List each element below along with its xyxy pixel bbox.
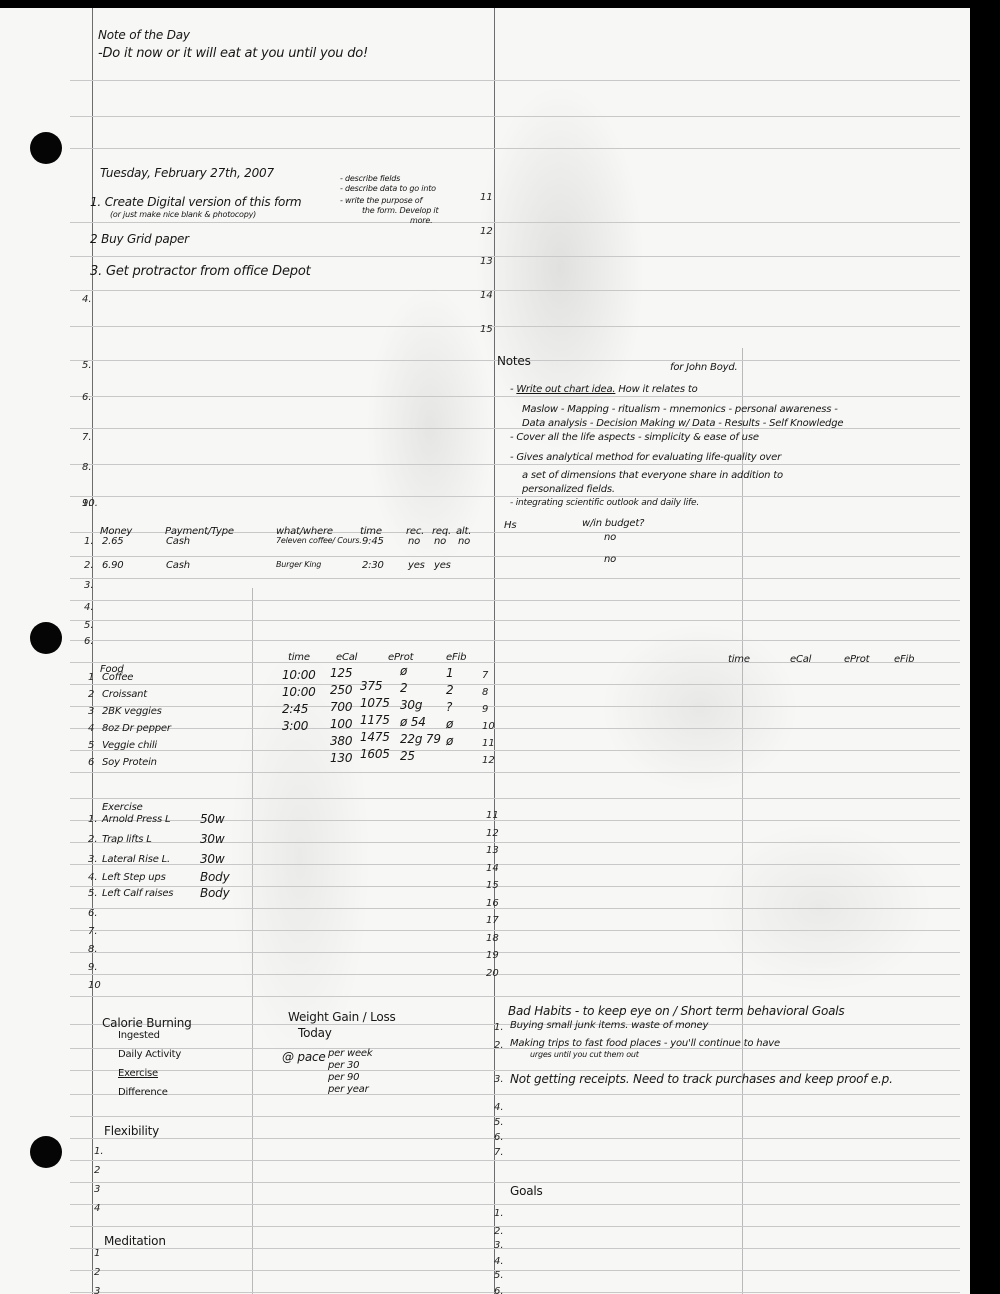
line-number: 12 [486, 828, 499, 839]
todo-item-1-sub: (or just make nice blank & photocopy) [110, 210, 256, 219]
todo-side-note: more. [410, 216, 432, 225]
goals-heading: Goals [510, 1184, 543, 1198]
ruled-line [70, 684, 960, 685]
ruled-line [70, 578, 960, 579]
ruled-line [70, 640, 960, 641]
line-number: 6. [84, 636, 94, 647]
ruled-line [70, 974, 960, 975]
line-number: 2. [88, 834, 98, 845]
budget-value: no [604, 532, 616, 543]
line-number: 6. [82, 392, 92, 403]
ruled-line [70, 798, 960, 799]
food-cal: 250 [330, 683, 352, 697]
line-number: 8. [82, 462, 92, 473]
ruled-line [70, 496, 960, 497]
food-cumulative-cal: 1175 [360, 713, 390, 727]
column-line [742, 348, 743, 1294]
line-number: 3. [494, 1240, 504, 1251]
line-number: 18 [486, 933, 499, 944]
todo-side-note: - write the purpose of [340, 196, 422, 205]
food-time: 2:45 [282, 702, 308, 716]
line-number: 4. [494, 1256, 504, 1267]
hole-punch [30, 132, 62, 164]
food-prot: 25 [400, 749, 415, 763]
line-number: 10. [82, 498, 98, 509]
weight-pace-row: per 90 [328, 1072, 359, 1083]
food-prot: ø 54 [400, 715, 426, 729]
line-number: 12 [482, 755, 495, 766]
food-cumulative-cal: 375 [360, 679, 382, 693]
money-req: no [434, 536, 446, 547]
exercise-load: Body [200, 886, 230, 900]
exercise-heading: Exercise [102, 802, 143, 813]
bad-habit-item: Buying small junk items. waste of money [510, 1020, 708, 1031]
ruled-line [70, 396, 960, 397]
line-number: 17 [486, 915, 499, 926]
line-number: 8 [482, 687, 488, 698]
line-number: 1 [88, 672, 94, 683]
money-req: yes [434, 560, 451, 571]
line-number: 14 [480, 290, 493, 301]
bad-habits-heading: Bad Habits - to keep eye on / Short term… [508, 1004, 844, 1018]
ruled-line [70, 116, 960, 117]
money-time: 2:30 [362, 560, 384, 571]
ruled-line [70, 750, 960, 751]
money-what: 7eleven coffee/ Cours. [276, 536, 362, 545]
weight-heading: Weight Gain / Loss [288, 1010, 396, 1024]
food-header: eFib [446, 652, 466, 663]
line-number: 1. [494, 1208, 504, 1219]
food-cal: 700 [330, 700, 352, 714]
line-number: 3. [88, 854, 98, 865]
exercise-name: Arnold Press L [102, 814, 170, 825]
line-number: 6. [494, 1286, 504, 1294]
line-number: 6. [494, 1132, 504, 1143]
line-number: 13 [480, 256, 493, 267]
calorie-item: Exercise [118, 1068, 158, 1079]
money-type: Cash [166, 560, 190, 571]
notes-line: Data analysis - Decision Making w/ Data … [522, 418, 843, 429]
line-number: 3 [94, 1286, 100, 1294]
line-number: 10 [88, 980, 101, 991]
ruled-line [70, 1094, 960, 1095]
weight-pace-row: per year [328, 1084, 369, 1095]
exercise-name: Left Step ups [102, 872, 166, 883]
line-number: 8. [88, 944, 98, 955]
line-number: 10 [482, 721, 495, 732]
exercise-name: Trap lifts L [102, 834, 152, 845]
notes-line: - Cover all the life aspects - simplicit… [510, 432, 759, 443]
exercise-load: 30w [200, 852, 224, 866]
food-cal: 130 [330, 751, 352, 765]
line-number: 2. [494, 1226, 504, 1237]
weight-pace-row: per week [328, 1048, 372, 1059]
line-number: 2. [494, 1040, 504, 1051]
ruled-line [70, 600, 960, 601]
line-number: 7. [494, 1147, 504, 1158]
line-number: 6. [88, 908, 98, 919]
line-number: 2 [94, 1165, 100, 1176]
ruled-line [70, 1270, 960, 1271]
ruled-line [70, 80, 960, 81]
line-number: 5. [84, 620, 94, 631]
line-number: 3 [94, 1184, 100, 1195]
ruled-line [70, 326, 960, 327]
food-cal: 125 [330, 666, 352, 680]
ruled-line [70, 556, 960, 557]
line-number: 6 [88, 757, 94, 768]
bad-habit-item: Making trips to fast food places - you'l… [510, 1038, 780, 1049]
money-time: 9:45 [362, 536, 384, 547]
line-number: 4. [494, 1102, 504, 1113]
weight-pace: @ pace [282, 1050, 326, 1064]
ruled-line [70, 1248, 960, 1249]
food-cumulative-cal: 1605 [360, 747, 390, 761]
ruled-line [70, 1160, 960, 1161]
line-number: 9. [88, 962, 98, 973]
food-prot: 22g 79 [400, 732, 441, 746]
notes-line: - Gives analytical method for evaluating… [510, 452, 781, 463]
meditation-heading: Meditation [104, 1234, 166, 1248]
weight-today: Today [298, 1026, 332, 1040]
food-name: 2BK veggies [102, 706, 162, 717]
ruled-line [70, 952, 960, 953]
calorie-heading: Calorie Burning [102, 1016, 192, 1030]
weight-pace-row: per 30 [328, 1060, 359, 1071]
food-prot: 2 [400, 681, 407, 695]
calorie-item: Daily Activity [118, 1049, 181, 1060]
food-header: time [288, 652, 310, 663]
line-number: 20 [486, 968, 499, 979]
food-name: Soy Protein [102, 757, 157, 768]
line-number: 4. [88, 872, 98, 883]
notes-line: Maslow - Mapping - ritualism - mnemonics… [522, 404, 838, 415]
money-alt: no [458, 536, 470, 547]
line-number: 3 [88, 706, 94, 717]
money-rec: yes [408, 560, 425, 571]
line-number: 13 [486, 845, 499, 856]
exercise-load: 50w [200, 812, 224, 826]
money-type: Cash [166, 536, 190, 547]
line-number: 7. [88, 926, 98, 937]
notes-line: - integrating scientific outlook and dai… [510, 498, 699, 508]
line-number: 5. [82, 360, 92, 371]
food-name: Veggie chili [102, 740, 157, 751]
food-time: 10:00 [282, 668, 316, 682]
ruled-line [70, 1116, 960, 1117]
money-rec: no [408, 536, 420, 547]
flexibility-heading: Flexibility [104, 1124, 159, 1138]
ruled-line [70, 620, 960, 621]
food-right-header: eProt [844, 654, 869, 665]
hole-punch [30, 1136, 62, 1168]
line-number: 1. [88, 814, 98, 825]
todo-item-2: 2 Buy Grid paper [90, 232, 189, 246]
line-number: 5. [494, 1117, 504, 1128]
column-line [252, 588, 253, 1294]
line-number: 1 [94, 1248, 100, 1259]
line-number: 4 [94, 1203, 100, 1214]
ruled-line [70, 996, 960, 997]
line-number: 2. [84, 560, 94, 571]
calorie-item: Ingested [118, 1030, 160, 1041]
todo-item-3: 3. Get protractor from office Depot [90, 264, 310, 279]
ruled-line [70, 222, 960, 223]
food-fib: ø [446, 734, 453, 748]
money-right-header: Hs [504, 520, 516, 531]
notebook-page: Note of the Day -Do it now or it will ea… [0, 8, 970, 1294]
line-number: 16 [486, 898, 499, 909]
food-right-header: eFib [894, 654, 914, 665]
notes-line: - Write out chart idea. How it relates t… [510, 384, 698, 395]
ruled-line [70, 148, 960, 149]
line-number: 5. [494, 1270, 504, 1281]
ruled-line [70, 1182, 960, 1183]
bad-habit-sub: urges until you cut them out [530, 1050, 639, 1059]
note-of-day-text: -Do it now or it will eat at you until y… [98, 46, 368, 61]
exercise-load: 30w [200, 832, 224, 846]
budget-value: no [604, 554, 616, 565]
line-number: 3. [494, 1074, 504, 1085]
line-number: 2 [88, 689, 94, 700]
line-number: 15 [486, 880, 499, 891]
line-number: 5 [88, 740, 94, 751]
exercise-name: Lateral Rise L. [102, 854, 170, 865]
ruled-line [70, 290, 960, 291]
line-number: 1. [494, 1022, 504, 1033]
food-header: eProt [388, 652, 413, 663]
money-what: Burger King [276, 560, 321, 569]
ruled-line [70, 1070, 960, 1071]
ruled-line [70, 464, 960, 465]
money-amount: 2.65 [102, 536, 123, 547]
food-time: 10:00 [282, 685, 316, 699]
line-number: 4 [88, 723, 94, 734]
line-number: 3. [84, 580, 94, 591]
food-fib: 1 [446, 666, 453, 680]
line-number: 1. [84, 536, 94, 547]
hole-punch [30, 622, 62, 654]
food-cumulative-cal: 1075 [360, 696, 390, 710]
line-number: 7 [482, 670, 488, 681]
food-cumulative-cal: 1475 [360, 730, 390, 744]
food-header: eCal [336, 652, 357, 663]
ruled-line [70, 256, 960, 257]
notes-heading: Notes [497, 354, 531, 368]
food-time: 3:00 [282, 719, 308, 733]
bad-habit-item: Not getting receipts. Need to track purc… [510, 1072, 893, 1086]
food-fib: ? [446, 700, 452, 714]
line-number: 12 [480, 226, 493, 237]
exercise-load: Body [200, 870, 230, 884]
todo-item-1: 1. Create Digital version of this form [90, 195, 301, 209]
food-name: 8oz Dr pepper [102, 723, 171, 734]
food-prot: 30g [400, 698, 422, 712]
food-right-header: eCal [790, 654, 811, 665]
ruled-line [70, 908, 960, 909]
note-of-day-heading: Note of the Day [98, 28, 190, 42]
ruled-line [70, 1204, 960, 1205]
line-number: 5. [88, 888, 98, 899]
line-number: 19 [486, 950, 499, 961]
food-fib: 2 [446, 683, 453, 697]
line-number: 11 [486, 810, 499, 821]
ruled-line [70, 728, 960, 729]
ruled-line [70, 706, 960, 707]
todo-side-note: - describe data to go into [340, 184, 436, 193]
line-number: 11 [482, 738, 495, 749]
ruled-line [70, 772, 960, 773]
line-number: 14 [486, 863, 499, 874]
line-number: 2 [94, 1267, 100, 1278]
line-number: 15 [480, 324, 493, 335]
todo-side-note: - describe fields [340, 174, 400, 183]
notes-line: personalized fields. [522, 484, 615, 495]
date-heading: Tuesday, February 27th, 2007 [100, 166, 274, 180]
money-right-header: w/in budget? [582, 518, 644, 529]
food-name: Croissant [102, 689, 147, 700]
ruled-line [70, 1226, 960, 1227]
ruled-line [70, 1292, 960, 1293]
line-number: 4. [82, 294, 92, 305]
food-name: Coffee [102, 672, 133, 683]
exercise-name: Left Calf raises [102, 888, 173, 899]
line-number: 9 [482, 704, 488, 715]
food-fib: ø [446, 717, 453, 731]
food-cal: 380 [330, 734, 352, 748]
ruled-line [70, 930, 960, 931]
line-number: 11 [480, 192, 493, 203]
ruled-line [70, 1138, 960, 1139]
ruled-line [70, 662, 960, 663]
notes-line: a set of dimensions that everyone share … [522, 470, 783, 481]
food-prot: ø [400, 664, 407, 678]
line-number: 1. [94, 1146, 104, 1157]
money-amount: 6.90 [102, 560, 123, 571]
line-number: 7. [82, 432, 92, 443]
food-cal: 100 [330, 717, 352, 731]
todo-side-note: the form. Develop it [362, 206, 438, 215]
line-number: 4. [84, 602, 94, 613]
calorie-item: Difference [118, 1087, 168, 1098]
food-right-header: time [728, 654, 750, 665]
notes-insert: for John Boyd. [670, 362, 737, 373]
